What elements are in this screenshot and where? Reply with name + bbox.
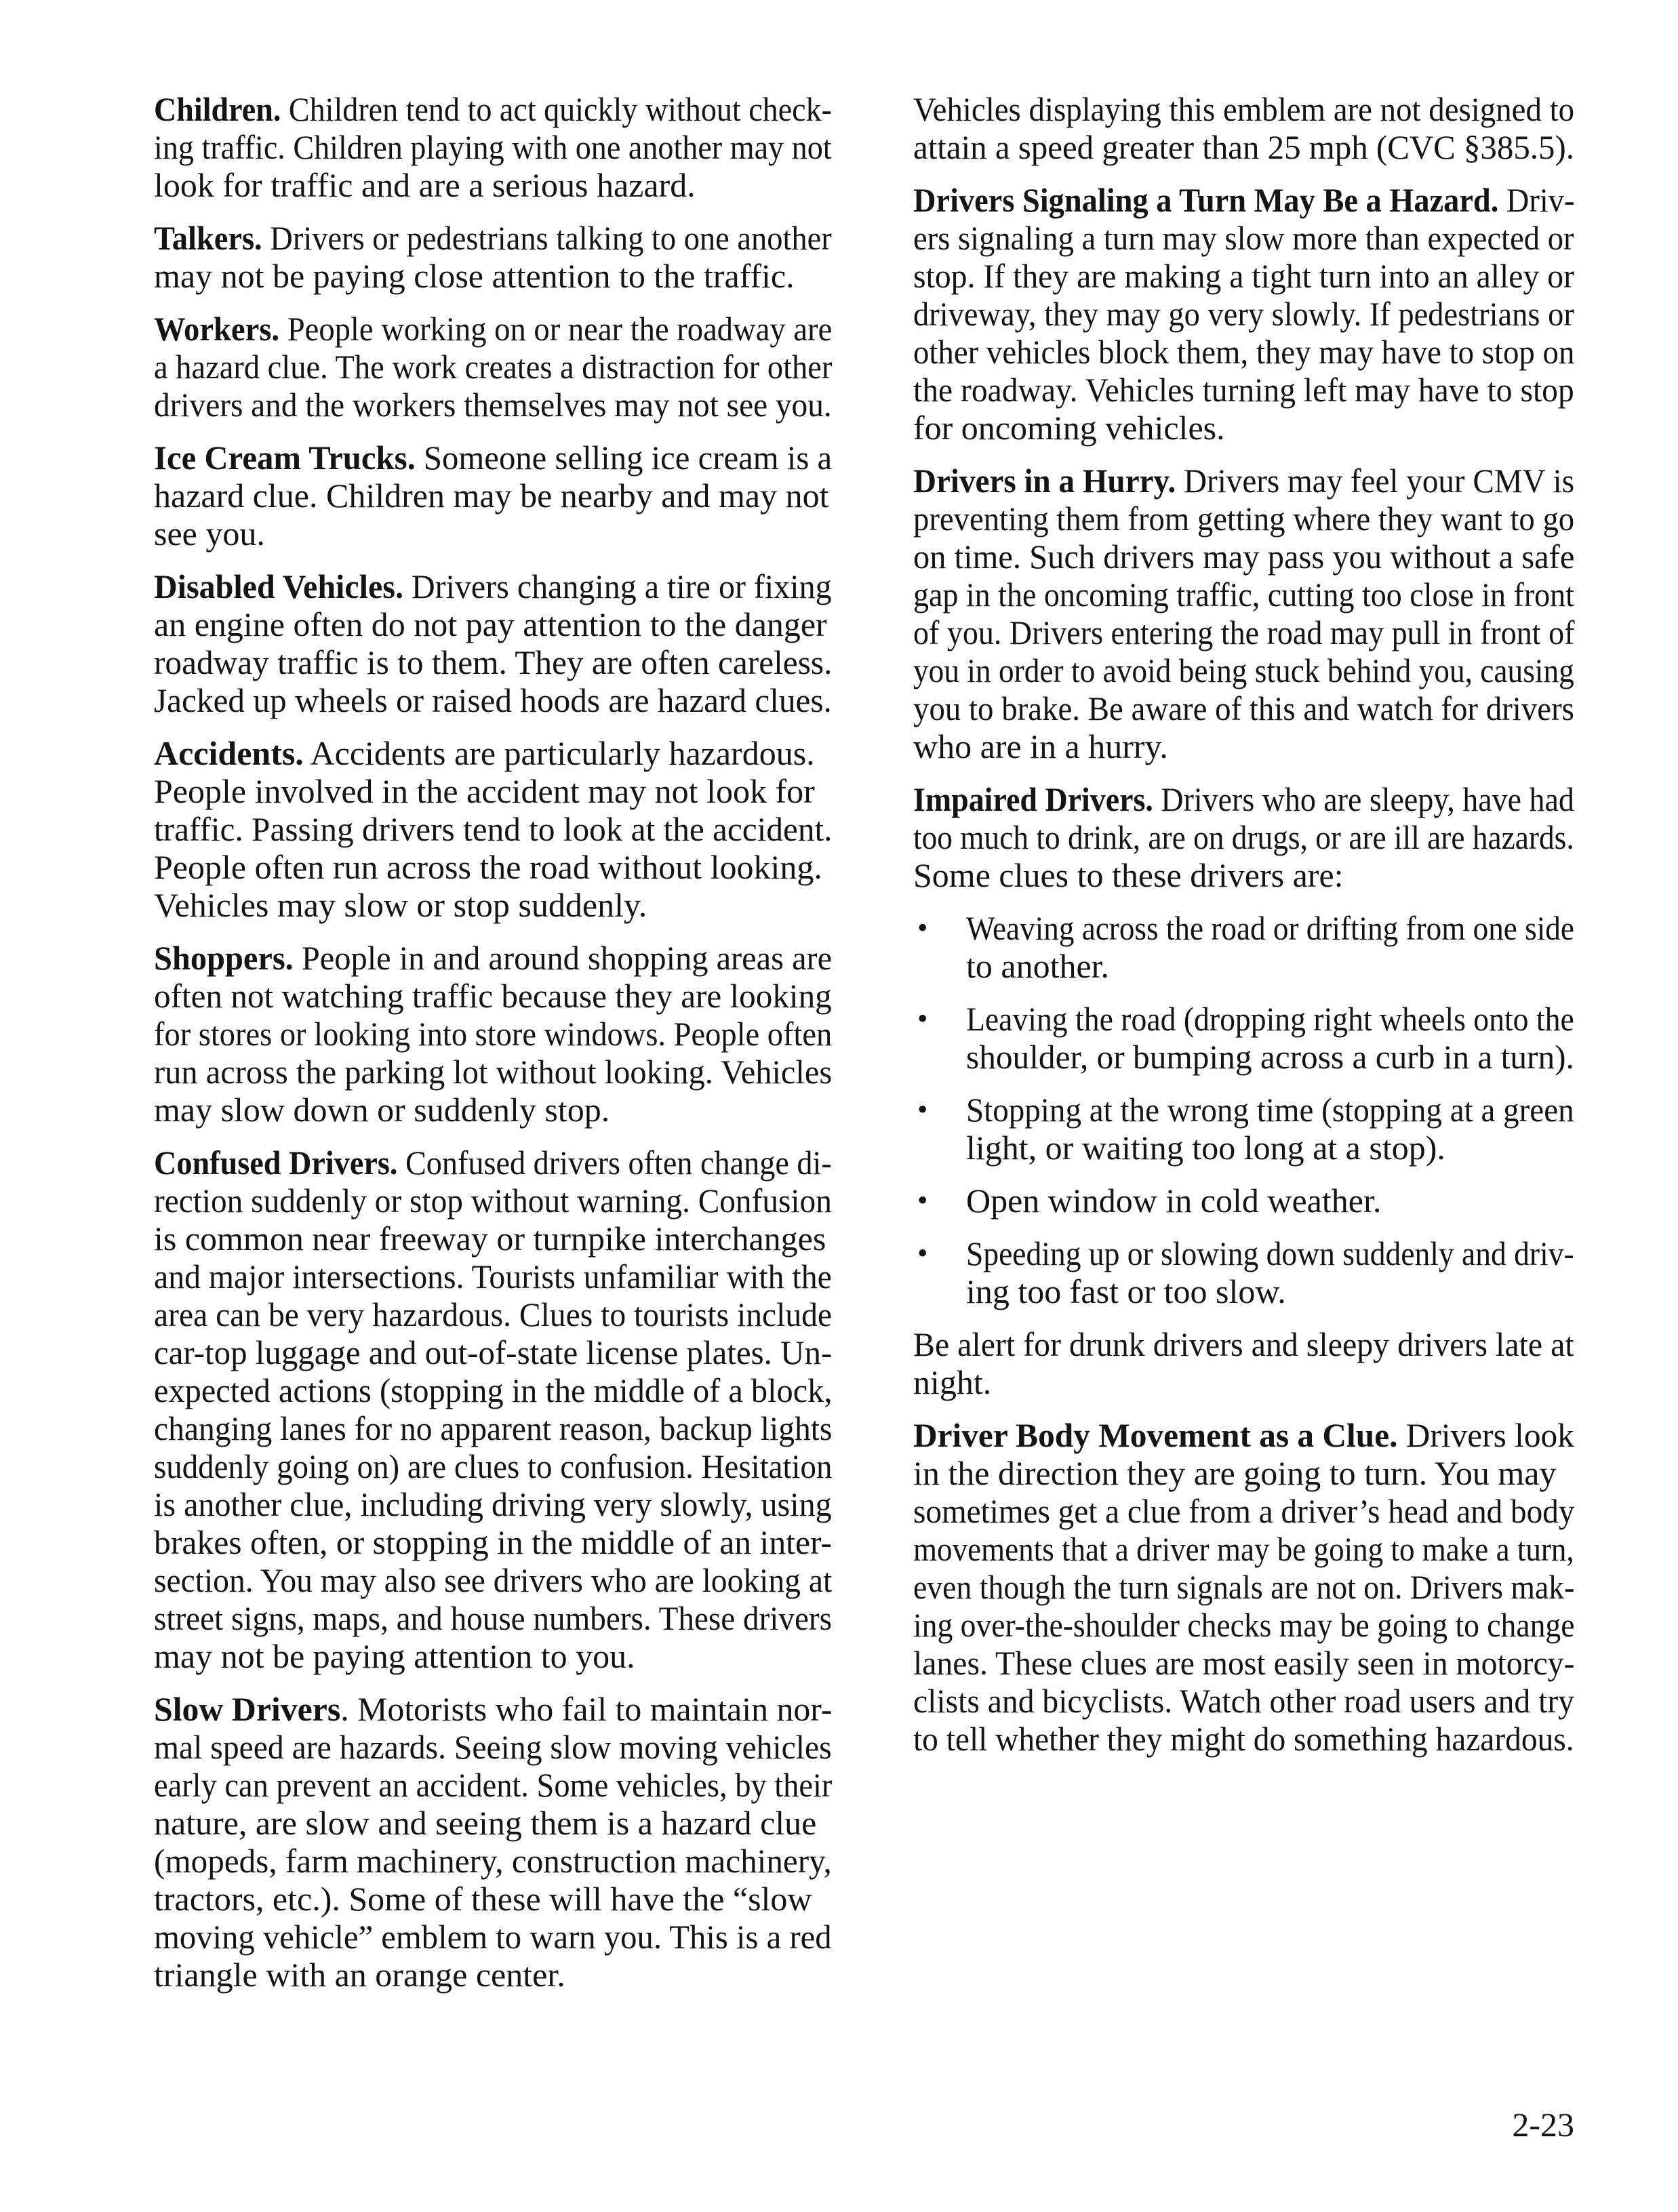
text-line: often not watching traffic because they …	[154, 977, 820, 1015]
bullet-icon: •	[917, 1091, 927, 1129]
text-line: Workers. People working on or near the r…	[154, 310, 786, 348]
text-line: see you.	[154, 515, 832, 552]
paragraph: Driver Body Movement as a Clue. Drivers …	[913, 1416, 1574, 1758]
paragraph: Disabled Vehicles. Drivers changing a ti…	[154, 567, 832, 719]
text-line: Impaired Drivers. Drivers who are sleepy…	[913, 780, 1521, 818]
bullet-icon: •	[917, 909, 927, 947]
bullet-item: •Open window in cold weather.	[913, 1182, 1574, 1220]
text-line: to tell whether they might do something …	[913, 1720, 1540, 1758]
text-line: triangle with an orange center.	[154, 1956, 832, 1994]
text-line: gap in the oncoming traffic, cutting too…	[913, 576, 1521, 614]
text-line: Vehicles may slow or stop suddenly.	[154, 886, 832, 924]
text-line: shoulder, or bumping across a curb in a …	[966, 1038, 1566, 1076]
paragraph-lead: Disabled Vehicles.	[154, 567, 403, 605]
paragraph-lead: Shoppers.	[154, 939, 294, 977]
paragraph: Workers. People working on or near the r…	[154, 310, 832, 424]
text-line: tractors, etc.). Some of these will have…	[154, 1880, 832, 1918]
text-line: Driver Body Movement as a Clue. Drivers …	[913, 1416, 1565, 1454]
bullet-item: •Stopping at the wrong time (stopping at…	[913, 1091, 1574, 1167]
text-line: stop. If they are making a tight turn in…	[913, 257, 1544, 295]
paragraph: Drivers Signaling a Turn May Be a Hazard…	[913, 181, 1574, 447]
paragraph: Shoppers. People in and around shopping …	[154, 939, 832, 1129]
paragraph: Vehicles displaying this emblem are not …	[913, 90, 1574, 166]
text-line: may not be paying attention to you.	[154, 1637, 832, 1675]
paragraph: Be alert for drunk drivers and sleepy dr…	[913, 1325, 1574, 1401]
text-line: movements that a driver may be going to …	[913, 1530, 1509, 1568]
text-line: you to brake. Be aware of this and watch…	[913, 689, 1533, 727]
text-line: may slow down or suddenly stop.	[154, 1091, 832, 1129]
text-line: is another clue, including driving very …	[154, 1485, 806, 1523]
text-line: to another.	[966, 947, 1574, 985]
paragraph: Ice Cream Trucks. Someone selling ice cr…	[154, 439, 832, 552]
text-line: ing traffic. Children playing with one a…	[154, 128, 780, 166]
bullet-icon: •	[917, 1182, 927, 1220]
bullet-icon: •	[917, 1234, 927, 1272]
text-line: changing lanes for no apparent reason, b…	[154, 1409, 799, 1447]
text-line: Slow Drivers. Motorists who fail to main…	[154, 1690, 829, 1728]
text-line: lanes. These clues are most easily seen …	[913, 1644, 1544, 1682]
text-line: Talkers. Drivers or pedestrians talking …	[154, 219, 784, 257]
text-line: for oncoming vehicles.	[913, 409, 1574, 447]
text-line: (mopeds, farm machinery, construction ma…	[154, 1842, 820, 1880]
text-line: too much to drink, are on drugs, or are …	[913, 818, 1513, 856]
text-line: People often run across the road without…	[154, 848, 832, 886]
text-line: expected actions (stopping in the middle…	[154, 1371, 810, 1409]
text-line: for stores or looking into store windows…	[154, 1015, 784, 1053]
text-line: Jacked up wheels or raised hoods are haz…	[154, 681, 822, 719]
text-line: in the direction they are going to turn.…	[913, 1454, 1574, 1492]
text-line: the roadway. Vehicles turning left may h…	[913, 371, 1542, 409]
text-line: Confused Drivers. Confused drivers often…	[154, 1144, 780, 1182]
text-line: ing too fast or too slow.	[966, 1272, 1574, 1310]
paragraph-lead: Slow Drivers	[154, 1690, 340, 1728]
text-line: traffic. Passing drivers tend to look at…	[154, 810, 822, 848]
paragraph: Slow Drivers. Motorists who fail to main…	[154, 1690, 832, 1994]
text-line: sometimes get a clue from a driver’s hea…	[913, 1492, 1537, 1530]
paragraph: Confused Drivers. Confused drivers often…	[154, 1144, 832, 1675]
text-line: an engine often do not pay attention to …	[154, 605, 832, 643]
paragraph-lead: Impaired Drivers.	[913, 780, 1153, 818]
left-column: Children. Children tend to act quickly w…	[154, 90, 832, 1994]
text-line: look for traffic and are a serious hazar…	[154, 166, 832, 204]
text-line: Some clues to these drivers are:	[913, 856, 1574, 894]
text-line: Children. Children tend to act quickly w…	[154, 90, 779, 128]
text-line: ing over-the-shoulder checks may be goin…	[913, 1606, 1516, 1644]
text-line: People involved in the accident may not …	[154, 772, 832, 810]
text-line: of you. Drivers entering the road may pu…	[913, 614, 1522, 651]
text-line: area can be very hazardous. Clues to tou…	[154, 1295, 799, 1333]
text-line: is common near freeway or turnpike inter…	[154, 1220, 832, 1258]
text-line: early can prevent an accident. Some vehi…	[154, 1766, 784, 1804]
text-line: Drivers Signaling a Turn May Be a Hazard…	[913, 181, 1526, 219]
bullet-item: •Leaving the road (dropping right wheels…	[913, 1000, 1574, 1076]
text-line: car-top luggage and out-of-state license…	[154, 1333, 817, 1371]
text-line: Be alert for drunk drivers and sleepy dr…	[913, 1325, 1546, 1363]
text-line: street signs, maps, and house numbers. T…	[154, 1599, 793, 1637]
text-line: hazard clue. Children may be nearby and …	[154, 477, 832, 515]
text-line: you in order to avoid being stuck behind…	[913, 651, 1513, 689]
paragraph: Drivers in a Hurry. Drivers may feel you…	[913, 462, 1574, 765]
text-line: run across the parking lot without looki…	[154, 1053, 811, 1091]
paragraph-lead: Driver Body Movement as a Clue.	[913, 1416, 1397, 1454]
text-line: Stopping at the wrong time (stopping at …	[966, 1091, 1538, 1129]
text-line: ers signaling a turn may slow more than …	[913, 219, 1530, 257]
text-line: Ice Cream Trucks. Someone selling ice cr…	[154, 439, 815, 477]
text-line: section. You may also see drivers who ar…	[154, 1561, 799, 1599]
paragraph-lead: Talkers.	[154, 219, 262, 257]
text-line: rection suddenly or stop without warning…	[154, 1182, 795, 1220]
text-line: preventing them from getting where they …	[913, 500, 1531, 538]
text-line: even though the turn signals are not on.…	[913, 1568, 1518, 1606]
text-line: and major intersections. Tourists unfami…	[154, 1258, 801, 1295]
paragraph: Talkers. Drivers or pedestrians talking …	[154, 219, 832, 295]
text-line: roadway traffic is to them. They are oft…	[154, 643, 822, 681]
paragraph: Children. Children tend to act quickly w…	[154, 90, 832, 204]
text-line: Vehicles displaying this emblem are not …	[913, 90, 1533, 128]
page: Children. Children tend to act quickly w…	[0, 0, 1678, 2212]
text-line: drivers and the workers themselves may n…	[154, 386, 795, 424]
paragraph-lead: Drivers in a Hurry.	[913, 462, 1176, 500]
right-column: Vehicles displaying this emblem are not …	[913, 90, 1574, 1758]
text-line: a hazard clue. The work creates a distra…	[154, 348, 784, 386]
paragraph: Impaired Drivers. Drivers who are sleepy…	[913, 780, 1574, 894]
text-line: Open window in cold weather.	[966, 1182, 1574, 1220]
paragraph-lead: Accidents.	[154, 734, 304, 772]
text-line: Accidents. Accidents are particularly ha…	[154, 734, 832, 772]
text-line: mal speed are hazards. Seeing slow movin…	[154, 1728, 799, 1766]
text-line: Leaving the road (dropping right wheels …	[966, 1000, 1521, 1038]
paragraph-lead: Ice Cream Trucks.	[154, 439, 416, 477]
bullet-item: •Speeding up or slowing down suddenly an…	[913, 1234, 1574, 1310]
text-line: night.	[913, 1363, 1574, 1401]
text-line: clists and bicyclists. Watch other road …	[913, 1682, 1542, 1720]
text-line: light, or waiting too long at a stop).	[966, 1129, 1574, 1167]
text-line: moving vehicle” emblem to warn you. This…	[154, 1918, 814, 1956]
text-line: who are in a hurry.	[913, 727, 1574, 765]
bullet-icon: •	[917, 1000, 927, 1038]
text-line: Speeding up or slowing down suddenly and…	[966, 1234, 1520, 1272]
text-line: Shoppers. People in and around shopping …	[154, 939, 810, 977]
text-line: Drivers in a Hurry. Drivers may feel you…	[913, 462, 1536, 500]
text-line: on time. Such drivers may pass you witho…	[913, 538, 1555, 576]
paragraph: Accidents. Accidents are particularly ha…	[154, 734, 832, 924]
bullet-item: •Weaving across the road or drifting fro…	[913, 909, 1574, 985]
paragraph-lead: Drivers Signaling a Turn May Be a Hazard…	[913, 181, 1498, 219]
text-line: attain a speed greater than 25 mph (CVC …	[913, 128, 1559, 166]
text-line: suddenly going on) are clues to confusio…	[154, 1447, 790, 1485]
text-line: brakes often, or stopping in the middle …	[154, 1523, 827, 1561]
paragraph-lead: Workers.	[154, 310, 279, 348]
text-line: nature, are slow and seeing them is a ha…	[154, 1804, 832, 1842]
text-line: Weaving across the road or drifting from…	[966, 909, 1515, 947]
page-number: 2-23	[1512, 2106, 1574, 2144]
text-line: Disabled Vehicles. Drivers changing a ti…	[154, 567, 805, 605]
paragraph-lead: Confused Drivers.	[154, 1144, 397, 1182]
text-line: may not be paying close attention to the…	[154, 257, 832, 295]
paragraph-lead: Children.	[154, 90, 281, 128]
text-line: driveway, they may go very slowly. If pe…	[913, 295, 1527, 333]
text-line: other vehicles block them, they may have…	[913, 333, 1532, 371]
